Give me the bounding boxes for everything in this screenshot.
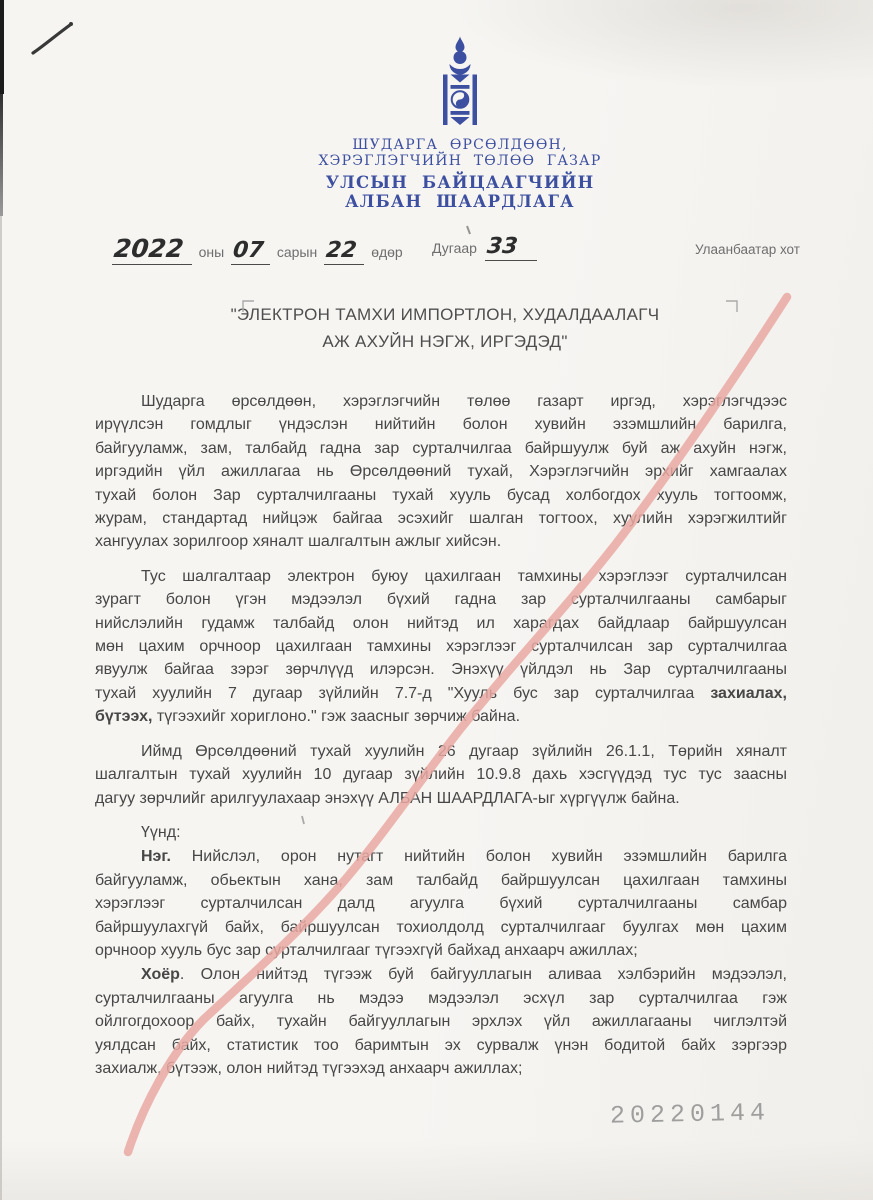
doc-number: Дугаар 33 [432, 234, 537, 261]
body-line: явуулж байгаа зэрэг зөрчлүүд илэрсэн. Эн… [95, 658, 787, 681]
bold-text-segment: захиалах, [710, 685, 787, 702]
body-line: Хоёр. Олон нийтэд түгээж буй байгууллагы… [95, 963, 787, 986]
text-segment: журам, стандартад нийцэж байгаа эсэхийг … [95, 510, 787, 527]
document-body: Шударга өрсөлдөөн, хэрэглэгчийн төлөө га… [95, 390, 787, 1081]
pen-mark-dot [69, 22, 73, 26]
text-segment: дагуу зөрчлийг арилгуулахаар энэхүү АЛБА… [95, 790, 680, 807]
body-line: хэрэглээг сурталчилсан далд агуулга бүхи… [95, 892, 787, 915]
text-segment: хэрэглээг сурталчилсан далд агуулга бүхи… [95, 895, 787, 912]
doc-number-label: Дугаар [432, 240, 477, 256]
body-line: бүтээх, түгээхийг хориглоно." гэж заасны… [95, 705, 787, 728]
day-label: өдөр [371, 244, 403, 260]
document-page: ШУДАРГА ӨРСӨЛДӨӨН, ХЭРЭГЛЭГЧИЙН ТӨЛӨӨ ГА… [0, 0, 873, 1200]
text-segment: түгээхийг хориглоно." гэж заасныг зөрчиж… [152, 708, 520, 725]
text-segment: Шударга өрсөлдөөн, хэрэглэгчийн төлөө га… [141, 393, 787, 410]
doc-title-line1: "ЭЛЕКТРОН ТАМХИ ИМПОРТЛОН, ХУДАЛДААЛАГЧ [95, 302, 795, 329]
month-label: сарын [277, 244, 317, 260]
bold-text-segment: бүтээх, [95, 708, 152, 725]
paper-bottom-shading [0, 1140, 873, 1200]
body-line: байгууламж, обьектын хана, зам талбайд б… [95, 869, 787, 892]
text-segment: Нийслэл, орон нутагт нийтийн болон хувий… [171, 848, 787, 865]
body-line: ойлгогдохоор байх, тухайн байгууллагын э… [95, 1010, 787, 1033]
text-segment: ирүүлсэн гомдлыг үндэслэн нийтийн болон … [95, 416, 787, 433]
text-segment: байгууламж, зам, талбайд гадна зар сурта… [95, 440, 787, 457]
year-label: оны [199, 244, 225, 260]
text-segment: тухай хуулийн 7 дугаар зүйлийн 7.7-д "Ху… [95, 685, 710, 702]
body-line: захиалж, бүтээж, олон нийтэд түгээхэд ан… [95, 1057, 787, 1080]
scan-edge-artifact [0, 94, 3, 216]
doc-type-line2: АЛБАН ШААРДЛАГА [110, 193, 810, 212]
registration-stamp: 20220144 [610, 1098, 771, 1130]
body-line: сурталчилгааны агуулга нь мэдээ мэдээлэл… [95, 987, 787, 1010]
text-segment: . Олон нийтэд түгээж буй байгууллагын ал… [180, 966, 787, 983]
body-line: журам, стандартад нийцэж байгаа эсэхийг … [95, 507, 787, 530]
bold-text-segment: Нэг. [141, 848, 171, 865]
paragraph: Хоёр. Олон нийтэд түгээж буй байгууллагы… [95, 963, 787, 1080]
body-line: байршуулахгүй байх, байршуулсан тохиолдо… [95, 916, 787, 939]
body-line: зурагт болон үгэн мэдээлэл бүхий гадна з… [95, 588, 787, 611]
doc-title: "ЭЛЕКТРОН ТАМХИ ИМПОРТЛОН, ХУДАЛДААЛАГЧ … [95, 302, 795, 355]
body-line: Иймд Өрсөлдөөний тухай хуулийн 26 дугаар… [95, 740, 787, 763]
body-line: уялдсан байх, статистик тоо баримтын эх … [95, 1034, 787, 1057]
text-segment: орчноор хууль бус зар сурталчилгааг түгэ… [95, 942, 638, 959]
body-line: тухай хуулийн 7 дугаар зүйлийн 7.7-д "Ху… [95, 682, 787, 705]
body-line: нийслэлийн гудамж талбайд олон нийтэд ил… [95, 612, 787, 635]
body-line: мөн цахим орчноор цахилгаан тамхины хэрэ… [95, 635, 787, 658]
text-segment: уялдсан байх, статистик тоо баримтын эх … [95, 1037, 787, 1054]
org-name-line1: ШУДАРГА ӨРСӨЛДӨӨН, [110, 138, 810, 154]
body-line: иргэдийн үйл ажиллагаа нь Өрсөлдөөний ту… [95, 460, 787, 483]
dateline: 2022 оны 07 сарын 22 өдөр [112, 234, 403, 265]
text-segment: нийслэлийн гудамж талбайд олон нийтэд ил… [95, 615, 787, 632]
paragraph: Нэг. Нийслэл, орон нутагт нийтийн болон … [95, 845, 787, 962]
body-line: ирүүлсэн гомдлыг үндэслэн нийтийн болон … [95, 413, 787, 436]
text-segment: сурталчилгааны агуулга нь мэдээ мэдээлэл… [95, 990, 787, 1007]
text-segment: ойлгогдохоор байх, тухайн байгууллагын э… [95, 1013, 787, 1030]
doc-type-line1: УЛСЫН БАЙЦААГЧИЙН [110, 174, 810, 193]
text-segment: шалгалтын тухай хуулийн 10 дугаар зүйлий… [95, 766, 787, 783]
paragraph: Тус шалгалтаар электрон буюу цахилгаан т… [95, 565, 787, 729]
text-segment: байгууламж, обьектын хана, зам талбайд б… [95, 872, 787, 889]
body-line: Тус шалгалтаар электрон буюу цахилгаан т… [95, 565, 787, 588]
paper-wrinkle-shading [430, 0, 873, 95]
paragraph: Иймд Өрсөлдөөний тухай хуулийн 26 дугаар… [95, 740, 787, 810]
body-line: орчноор хууль бус зар сурталчилгааг түгэ… [95, 939, 787, 962]
body-line: Шударга өрсөлдөөн, хэрэглэгчийн төлөө га… [95, 390, 787, 413]
day-value: 22 [325, 238, 358, 263]
paragraph: Шударга өрсөлдөөн, хэрэглэгчийн төлөө га… [95, 390, 787, 554]
text-segment: Тус шалгалтаар электрон буюу цахилгаан т… [141, 568, 787, 585]
text-segment: захиалж, бүтээж, олон нийтэд түгээхэд ан… [95, 1060, 522, 1077]
paragraph: Үүнд: [95, 821, 787, 844]
text-segment: Үүнд: [141, 824, 181, 841]
city-label: Улаанбаатар хот [695, 242, 800, 257]
body-line: дагуу зөрчлийг арилгуулахаар энэхүү АЛБА… [95, 787, 787, 810]
scan-edge-artifact [0, 0, 4, 94]
text-segment: явуулж байгаа зэрэг зөрчлүүд илэрсэн. Эн… [95, 661, 787, 678]
text-segment: зурагт болон үгэн мэдээлэл бүхий гадна з… [95, 591, 787, 608]
text-segment: хангуулах зорилгоор хяналт шалгалтын ажл… [95, 533, 501, 550]
pen-mark [33, 25, 70, 53]
scan-edge-artifact [0, 216, 2, 1200]
body-line: тухай болон Зар сурталчилгааны тухай хуу… [95, 484, 787, 507]
body-line: шалгалтын тухай хуулийн 10 дугаар зүйлий… [95, 763, 787, 786]
body-line: Нэг. Нийслэл, орон нутагт нийтийн болон … [95, 845, 787, 868]
letterhead: ШУДАРГА ӨРСӨЛДӨӨН, ХЭРЭГЛЭГЧИЙН ТӨЛӨӨ ГА… [110, 138, 810, 211]
body-line: байгууламж, зам, талбайд гадна зар сурта… [95, 437, 787, 460]
soyombo-emblem-icon [437, 35, 483, 127]
org-name-line2: ХЭРЭГЛЭГЧИЙН ТӨЛӨӨ ГАЗАР [110, 154, 810, 170]
text-segment: Иймд Өрсөлдөөний тухай хуулийн 26 дугаар… [141, 743, 787, 760]
doc-number-value: 33 [486, 234, 519, 259]
text-segment: мөн цахим орчноор цахилгаан тамхины хэрэ… [95, 638, 787, 655]
bold-text-segment: Хоёр [141, 966, 180, 983]
month-value: 07 [232, 238, 265, 263]
body-line: хангуулах зорилгоор хяналт шалгалтын ажл… [95, 530, 787, 553]
doc-title-line2: АЖ АХУЙН НЭГЖ, ИРГЭДЭД" [95, 329, 795, 356]
year-value: 2022 [112, 234, 185, 263]
body-line: Үүнд: [95, 821, 787, 844]
text-segment: иргэдийн үйл ажиллагаа нь Өрсөлдөөний ту… [95, 463, 787, 480]
text-segment: байршуулахгүй байх, байршуулсан тохиолдо… [95, 919, 787, 936]
text-segment: тухай болон Зар сурталчилгааны тухай хуу… [95, 487, 787, 504]
scan-speck [467, 226, 470, 234]
